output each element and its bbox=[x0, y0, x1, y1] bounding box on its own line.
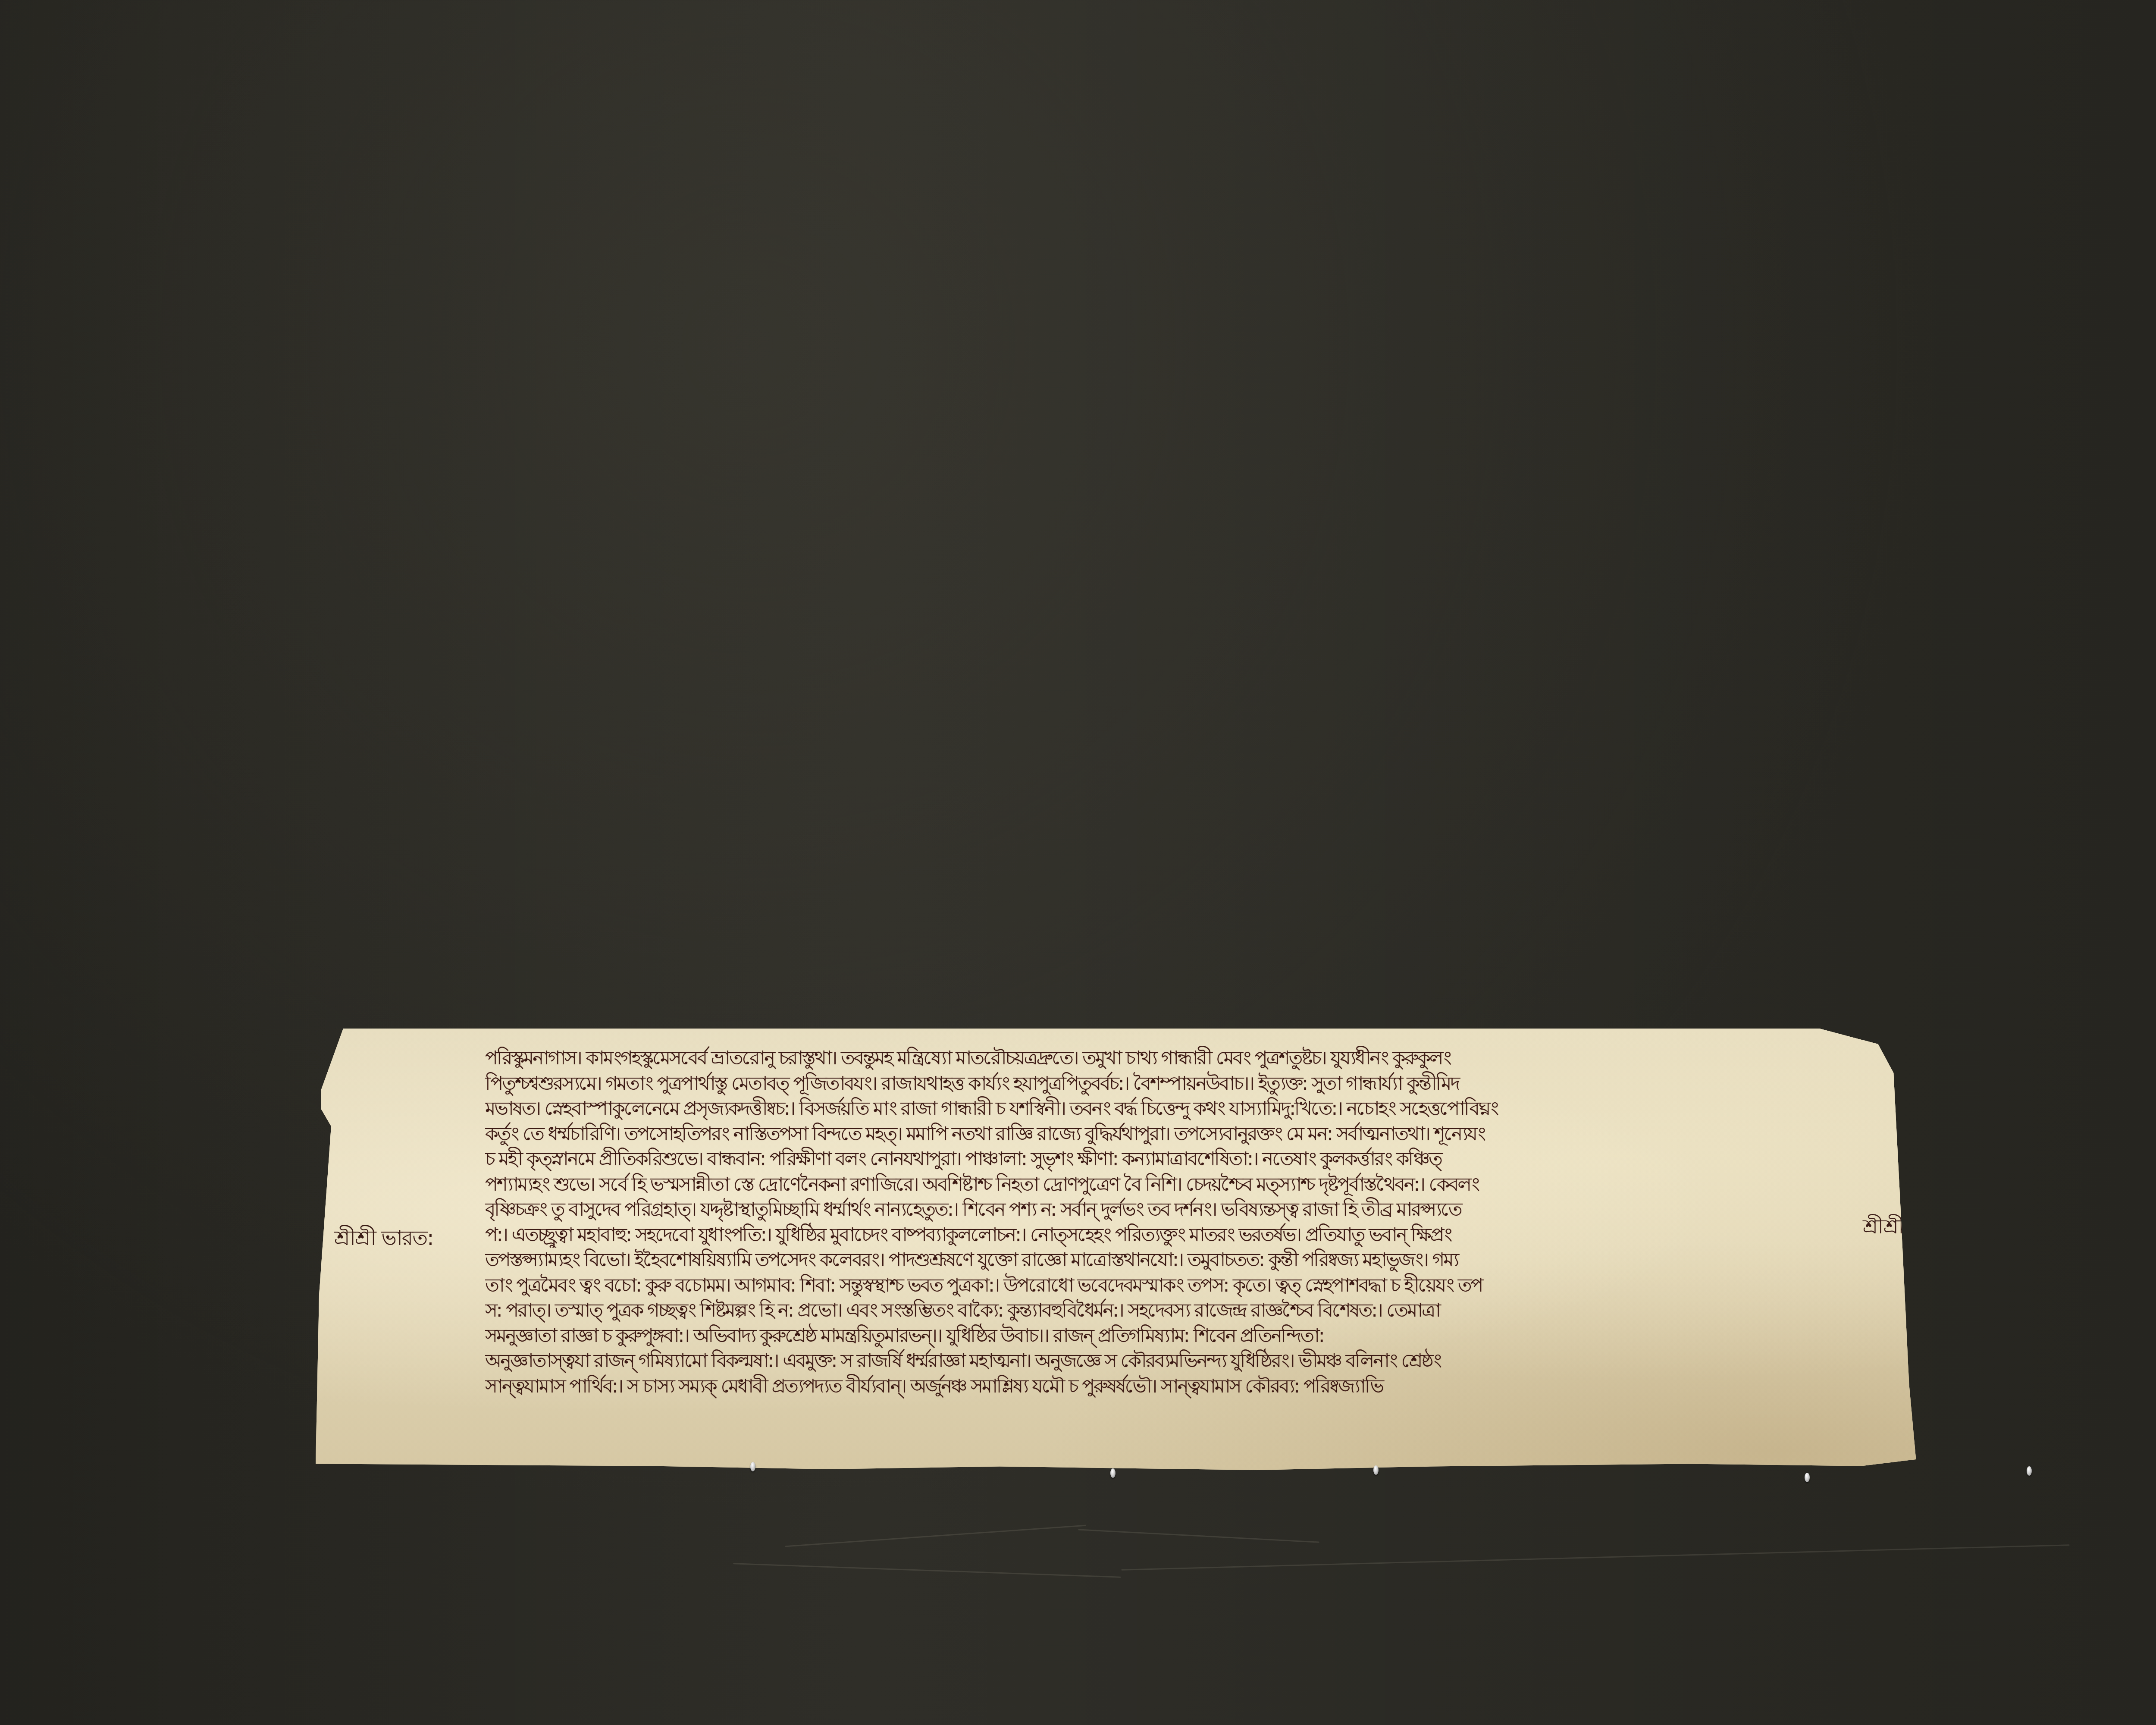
margin-title-left: শ্রীশ্রী ভারত: bbox=[334, 1223, 433, 1257]
manuscript-text-block: পরিস্কুমনাগাস। কামংগহস্কুমেসবের্ব ভ্রাতর… bbox=[485, 1046, 1787, 1399]
mounting-pin-icon bbox=[1805, 1473, 1810, 1482]
manuscript-line: অনুজ্ঞাতাস্ত্বযা রাজন্ গমিষ্যামো বিকল্মষ… bbox=[485, 1349, 1787, 1374]
manuscript-line: বৃষ্ণিচক্রং তু বাসুদেব পরিগ্রহাত্। যদ্দৃ… bbox=[485, 1197, 1787, 1223]
manuscript-line: তাং পুত্রমৈবং ত্বং বচো: কুরু বচোমম। আগমা… bbox=[485, 1273, 1787, 1298]
manuscript-line: স: পরাত্। তস্মাত্ পুত্রক গচ্ছত্বং শিষ্টম… bbox=[485, 1298, 1787, 1324]
board-scratch-line bbox=[1078, 1529, 1319, 1543]
board-scratch-line bbox=[1121, 1544, 2069, 1571]
mounting-pin-icon bbox=[1110, 1468, 1116, 1478]
photo-scene: শ্রীশ্রী ভারত: শ্রীশ্রী: পরিস্কুমনাগাস। … bbox=[0, 0, 2156, 1725]
manuscript-line: পিতুশ্চশ্বশুরস্যমে। গমতাং পুত্রপার্থাস্ত… bbox=[485, 1071, 1787, 1097]
manuscript-line: সান্ত্বযামাস পার্থিব:। স চাস্য সম্যক্ মে… bbox=[485, 1374, 1787, 1399]
mounting-pin-icon bbox=[1373, 1465, 1379, 1475]
manuscript-line: তপস্তপ্স্যাম্যহং বিভো। ইহৈবশোষয়িষ্যামি … bbox=[485, 1248, 1787, 1273]
board-scratch-line bbox=[785, 1525, 1087, 1547]
mounting-pin-icon bbox=[750, 1462, 755, 1471]
manuscript-line: মভাষত। স্নেহবাস্পাকুলেনেমে প্রসৃজ্যকদত্ত… bbox=[485, 1096, 1787, 1122]
manuscript-leaf: শ্রীশ্রী ভারত: শ্রীশ্রী: পরিস্কুমনাগাস। … bbox=[310, 1029, 2033, 1473]
manuscript-line: কর্তুং তে ধর্ম্মচারিণি। তপসোহতিপরং নাস্ত… bbox=[485, 1122, 1787, 1147]
board-scratch-line bbox=[733, 1563, 1121, 1578]
manuscript-line: পরিস্কুমনাগাস। কামংগহস্কুমেসবের্ব ভ্রাতর… bbox=[485, 1046, 1787, 1071]
manuscript-line: চ মহী কৃত্স্নানমে প্রীতিকরিশুভে। বান্ধবা… bbox=[485, 1147, 1787, 1172]
margin-title-right: শ্রীশ্রী: bbox=[1863, 1212, 1911, 1245]
mounting-pin-icon bbox=[2027, 1466, 2032, 1476]
manuscript-line: পশ্যাম্যহং শুভে। সর্বে হি ভস্মসান্নীতা স… bbox=[485, 1172, 1787, 1198]
manuscript-line: প:। এতচ্ছ্রুত্বা মহাবাহু: সহদেবো যুধাংপত… bbox=[485, 1223, 1787, 1248]
manuscript-line: সমনুজ্ঞাতা রাজ্ঞা চ কুরুপুঙ্গবা:। অভিবাদ… bbox=[485, 1324, 1787, 1349]
